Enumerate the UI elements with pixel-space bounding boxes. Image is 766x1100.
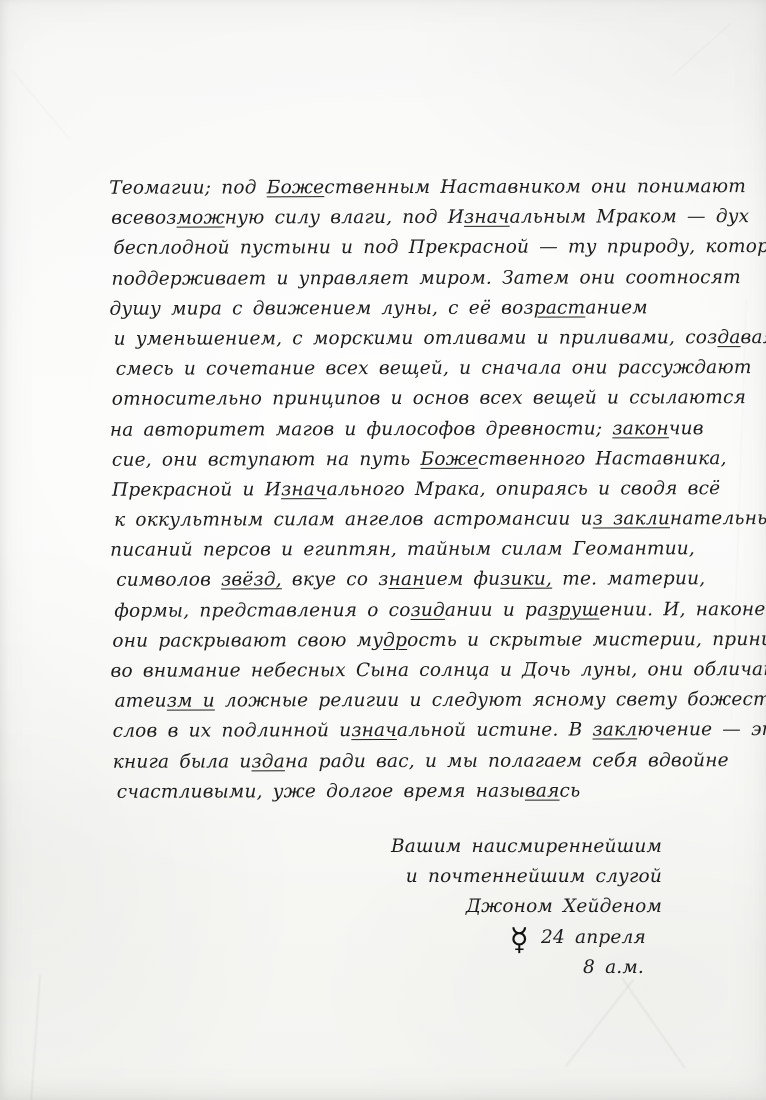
- letter-line: душу мира с движением луны, с её возраст…: [109, 293, 677, 325]
- letter-line: атеизм и ложные религии и следуют ясному…: [115, 685, 679, 717]
- letter-line: на авторитет магов и философов древности…: [110, 414, 678, 446]
- letter-line: слов в их подлинной изначальной истине. …: [113, 716, 679, 748]
- letter-line: писаний персов и египтян, тайным силам Г…: [110, 535, 678, 567]
- letter-line: и уменьшением, с морскими отливами и при…: [114, 323, 678, 355]
- paper-crease: [29, 975, 41, 1100]
- signature-name: Джоном Хейденом: [391, 892, 662, 922]
- signature-line-1: Вашим наисмиреннейшим: [391, 832, 662, 862]
- date-line: ☿ 24 апреля: [391, 923, 646, 953]
- letter-page: Теомагии; под Божественным Наставником о…: [0, 0, 766, 1100]
- letter-line: символов звёзд, вкуе со знанием физики, …: [116, 565, 678, 597]
- letter-line: Теомагии; под Божественным Наставником о…: [109, 172, 677, 204]
- letter-line: всевозможную силу влаги, под Изначальным…: [111, 202, 677, 234]
- mercury-symbol-icon: ☿: [510, 925, 529, 955]
- paper-crease: [621, 977, 687, 1069]
- paper-crease: [11, 70, 70, 140]
- letter-line: бесплодной пустыни и под Прекрасной — ту…: [113, 233, 677, 265]
- letter-line: формы, представления о созидании и разру…: [114, 595, 678, 627]
- date-text: 24 апреля: [541, 923, 646, 953]
- paper-crease: [564, 979, 634, 1068]
- letter-line: сие, они вступают на путь Божественного …: [112, 444, 678, 476]
- letter-line: во внимание небесных Сына солнца и Дочь …: [110, 655, 678, 687]
- letter-line: относительно принципов и основ всех веще…: [112, 384, 678, 416]
- letter-line: счастливыми, уже долгое время называясь: [117, 776, 679, 808]
- paper-crease: [671, 22, 732, 77]
- letter-line: смесь и сочетание всех вещей, и сначала …: [116, 353, 678, 385]
- signature-line-2: и почтеннейшим слугой: [391, 862, 662, 892]
- letter-line: поддерживает и управляет миром. Затем он…: [111, 263, 677, 295]
- letter-line: они раскрывают свою мудрость и скрытые м…: [112, 625, 678, 657]
- letter-body-text: Теомагии; под Божественным Наставником о…: [111, 172, 679, 807]
- signature-block: Вашим наисмиреннейшим и почтеннейшим слу…: [391, 832, 662, 983]
- letter-line: книга была издана ради вас, и мы полагае…: [113, 746, 679, 778]
- letter-line: Прекрасной и Изначального Мрака, опираяс…: [112, 474, 678, 506]
- letter-line: к оккультным силам ангелов астромансии и…: [114, 504, 678, 536]
